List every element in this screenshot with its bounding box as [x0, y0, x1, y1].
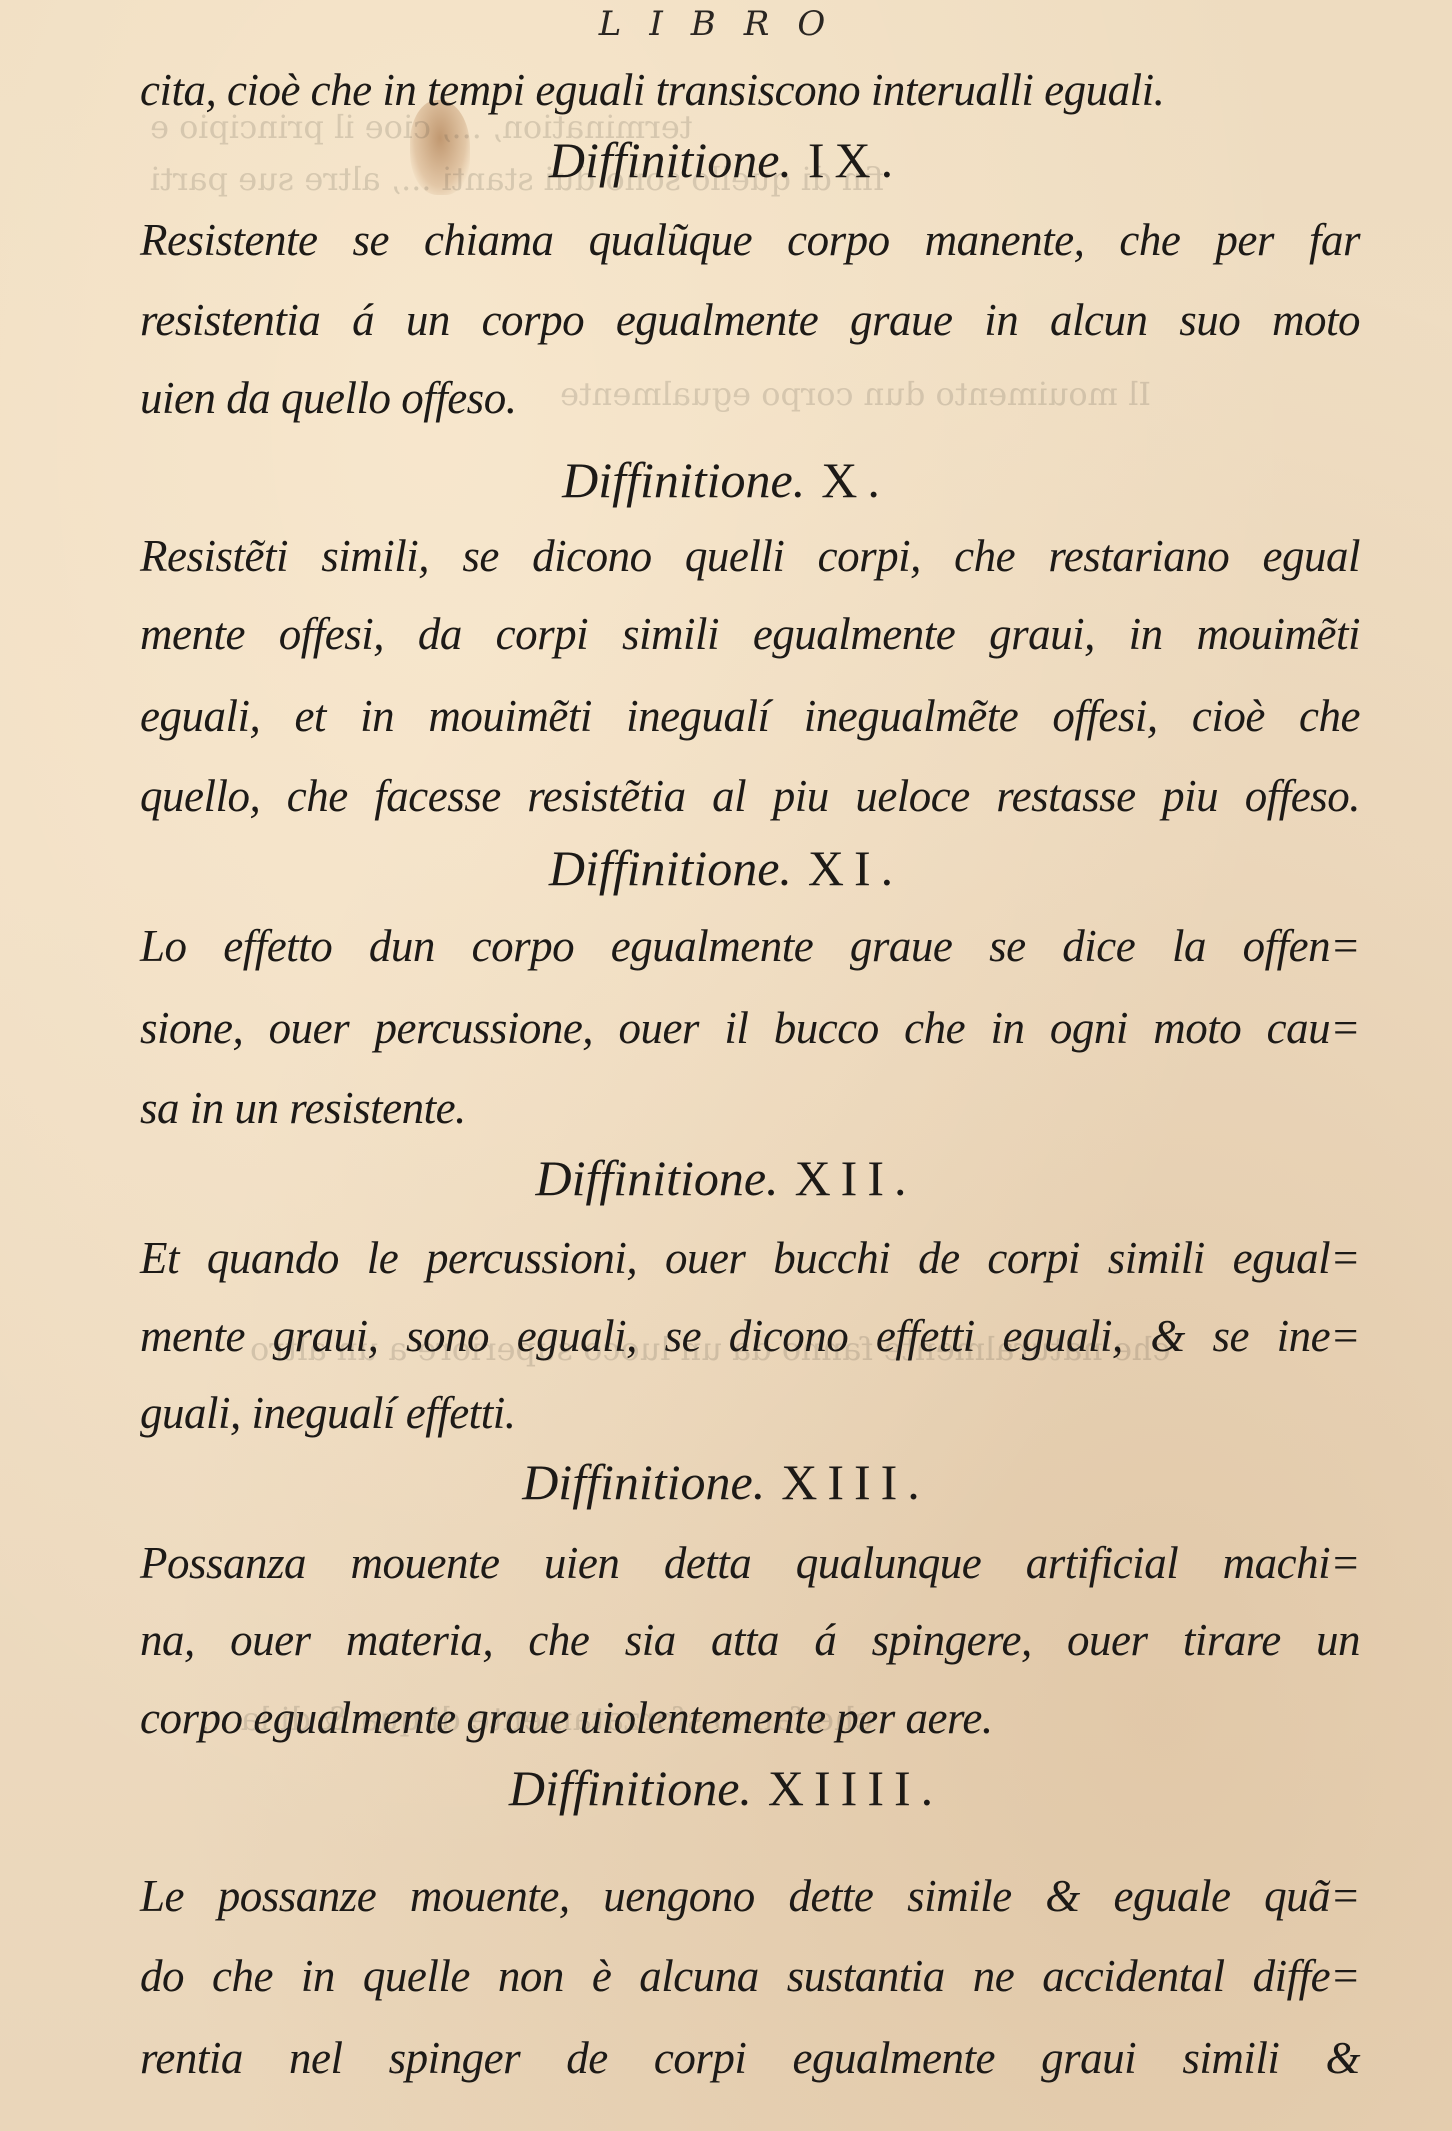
text-line: resistentia á un corpo egualmente graue …	[140, 292, 1360, 348]
text-line: sione, ouer percussione, ouer il bucco c…	[140, 1000, 1360, 1056]
text-line: sa in un resistente.	[140, 1080, 1360, 1136]
book-page: termination, ..., cioe il principio e fi…	[0, 0, 1452, 2131]
heading-numeral: XII.	[795, 1150, 917, 1206]
text-line: Resistente se chiama qualũque corpo mane…	[140, 212, 1360, 268]
text-line: cita, cioè che in tempi eguali transisco…	[140, 62, 1360, 118]
definition-heading-9: Diffinitione.IX.	[0, 130, 1452, 190]
text-line: do che in quelle non è alcuna sustantia …	[140, 1948, 1360, 2004]
text-line: Resistẽti simili, se dicono quelli corpi…	[140, 528, 1360, 584]
text-line: na, ouer materia, che sia atta á spinger…	[140, 1612, 1360, 1668]
text-line: mente offesi, da corpi simili egualmente…	[140, 606, 1360, 662]
heading-word: Diffinitione.	[562, 452, 805, 508]
text-line: rentia nel spinger de corpi egualmente g…	[140, 2030, 1360, 2086]
text-line: Possanza mouente uien detta qualunque ar…	[140, 1535, 1360, 1591]
heading-numeral: X.	[821, 452, 890, 508]
text-line: Et quando le percussioni, ouer bucchi de…	[140, 1230, 1360, 1286]
heading-numeral: XIII.	[781, 1454, 930, 1510]
text-line: corpo egualmente graue uiolentemente per…	[140, 1690, 1360, 1746]
text-line: uien da quello offeso.	[140, 370, 1360, 426]
definition-heading-11: Diffinitione.XI.	[0, 838, 1452, 898]
text-line: quello, che facesse resistẽtia al piu ue…	[140, 768, 1360, 824]
definition-heading-13: Diffinitione.XIII.	[0, 1452, 1452, 1512]
text-line: guali, inegualí effetti.	[140, 1385, 1360, 1441]
text-line: eguali, et in mouimẽti inegualí inegualm…	[140, 688, 1360, 744]
text-line: Lo effetto dun corpo egualmente graue se…	[140, 918, 1360, 974]
heading-word: Diffinitione.	[522, 1454, 765, 1510]
heading-word: Diffinitione.	[549, 840, 792, 896]
heading-numeral: XI.	[808, 840, 903, 896]
heading-word: Diffinitione.	[549, 132, 792, 188]
definition-heading-12: Diffinitione.XII.	[0, 1148, 1452, 1208]
running-head: LIBRO	[0, 4, 1452, 44]
text-line: Le possanze mouente, uengono dette simil…	[140, 1868, 1360, 1924]
definition-heading-10: Diffinitione.X.	[0, 450, 1452, 510]
heading-word: Diffinitione.	[509, 1760, 752, 1816]
heading-word: Diffinitione.	[536, 1150, 779, 1206]
heading-numeral: XIIII.	[768, 1760, 943, 1816]
text-line: mente graui, sono eguali, se dicono effe…	[140, 1308, 1360, 1364]
definition-heading-14: Diffinitione.XIIII.	[0, 1758, 1452, 1818]
heading-numeral: IX.	[808, 132, 903, 188]
